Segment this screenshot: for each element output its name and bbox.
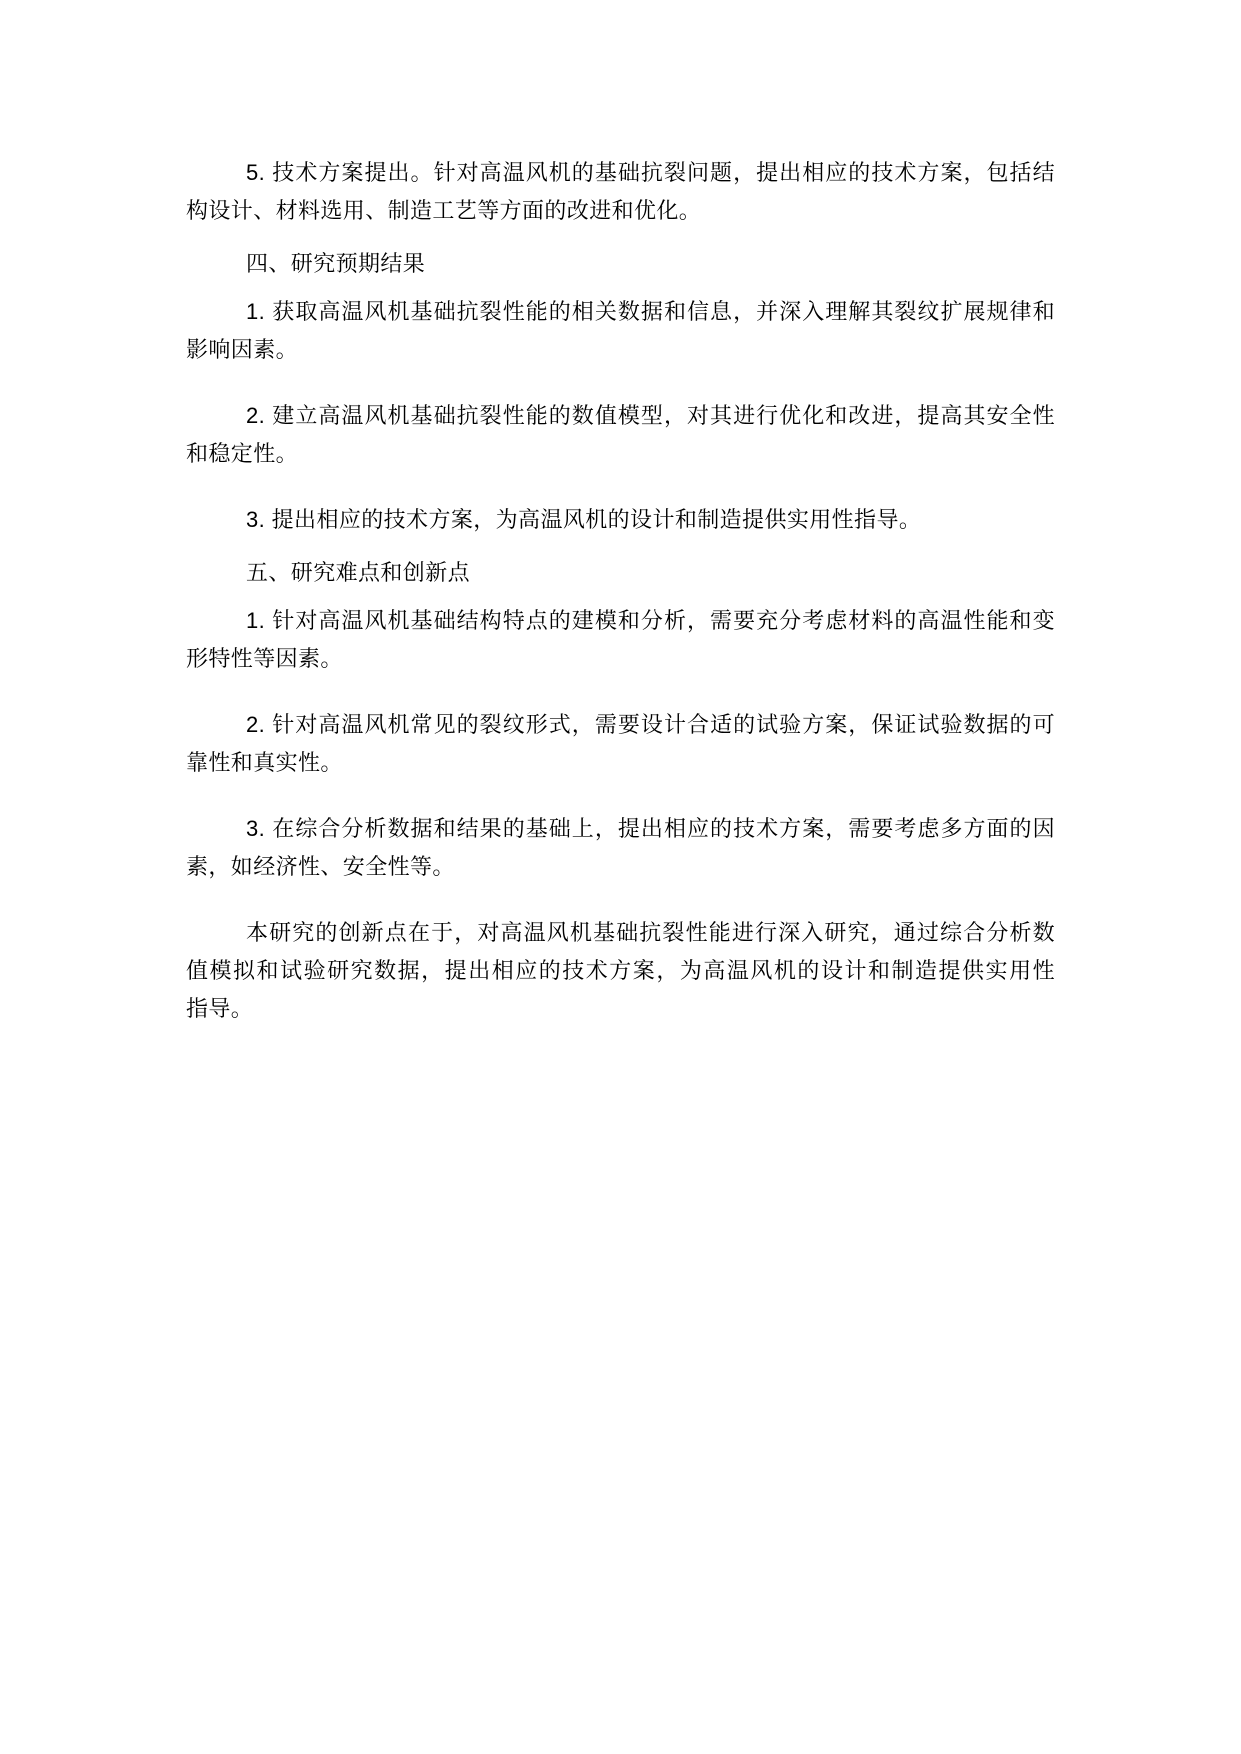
text-line: 2. 建立高温风机基础抗裂性能的数值模型，对其进行优化和改进，提高其安全性 xyxy=(186,397,1055,435)
paragraph-expected-result-1: 1. 获取高温风机基础抗裂性能的相关数据和信息，并深入理解其裂纹扩展规律和影响因… xyxy=(186,293,1055,369)
text-line: 四、研究预期结果 xyxy=(186,245,1055,283)
text-line: 5. 技术方案提出。针对高温风机的基础抗裂问题，提出相应的技术方案，包括结 xyxy=(186,154,1055,192)
text-line: 素，如经济性、安全性等。 xyxy=(186,848,1055,886)
text-line: 指导。 xyxy=(186,990,1055,1028)
text-line: 值模拟和试验研究数据，提出相应的技术方案，为高温风机的设计和制造提供实用性 xyxy=(186,952,1055,990)
paragraph-innovation-summary: 本研究的创新点在于，对高温风机基础抗裂性能进行深入研究，通过综合分析数值模拟和试… xyxy=(186,914,1055,1028)
text-line: 影响因素。 xyxy=(186,331,1055,369)
paragraph-difficulty-2: 2. 针对高温风机常见的裂纹形式，需要设计合适的试验方案，保证试验数据的可靠性和… xyxy=(186,706,1055,782)
document-content: 5. 技术方案提出。针对高温风机的基础抗裂问题，提出相应的技术方案，包括结构设计… xyxy=(0,0,1241,1028)
section-heading-5-difficulties-innovations: 五、研究难点和创新点 xyxy=(186,554,1055,592)
text-line: 1. 获取高温风机基础抗裂性能的相关数据和信息，并深入理解其裂纹扩展规律和 xyxy=(186,293,1055,331)
document-page: 5. 技术方案提出。针对高温风机的基础抗裂问题，提出相应的技术方案，包括结构设计… xyxy=(0,0,1241,1754)
text-line: 本研究的创新点在于，对高温风机基础抗裂性能进行深入研究，通过综合分析数 xyxy=(186,914,1055,952)
text-line: 五、研究难点和创新点 xyxy=(186,554,1055,592)
paragraph-difficulty-3: 3. 在综合分析数据和结果的基础上，提出相应的技术方案，需要考虑多方面的因素，如… xyxy=(186,810,1055,886)
section-heading-4-expected-results: 四、研究预期结果 xyxy=(186,245,1055,283)
paragraph-expected-result-2: 2. 建立高温风机基础抗裂性能的数值模型，对其进行优化和改进，提高其安全性和稳定… xyxy=(186,397,1055,473)
text-line: 2. 针对高温风机常见的裂纹形式，需要设计合适的试验方案，保证试验数据的可 xyxy=(186,706,1055,744)
text-line: 和稳定性。 xyxy=(186,435,1055,473)
paragraph-expected-result-3: 3. 提出相应的技术方案，为高温风机的设计和制造提供实用性指导。 xyxy=(186,501,1055,539)
paragraph-method-5-technical-proposal: 5. 技术方案提出。针对高温风机的基础抗裂问题，提出相应的技术方案，包括结构设计… xyxy=(186,154,1055,230)
text-line: 1. 针对高温风机基础结构特点的建模和分析，需要充分考虑材料的高温性能和变 xyxy=(186,602,1055,640)
paragraph-difficulty-1: 1. 针对高温风机基础结构特点的建模和分析，需要充分考虑材料的高温性能和变形特性… xyxy=(186,602,1055,678)
text-line: 靠性和真实性。 xyxy=(186,744,1055,782)
text-line: 构设计、材料选用、制造工艺等方面的改进和优化。 xyxy=(186,192,1055,230)
text-line: 3. 提出相应的技术方案，为高温风机的设计和制造提供实用性指导。 xyxy=(186,501,1055,539)
text-line: 形特性等因素。 xyxy=(186,640,1055,678)
text-line: 3. 在综合分析数据和结果的基础上，提出相应的技术方案，需要考虑多方面的因 xyxy=(186,810,1055,848)
